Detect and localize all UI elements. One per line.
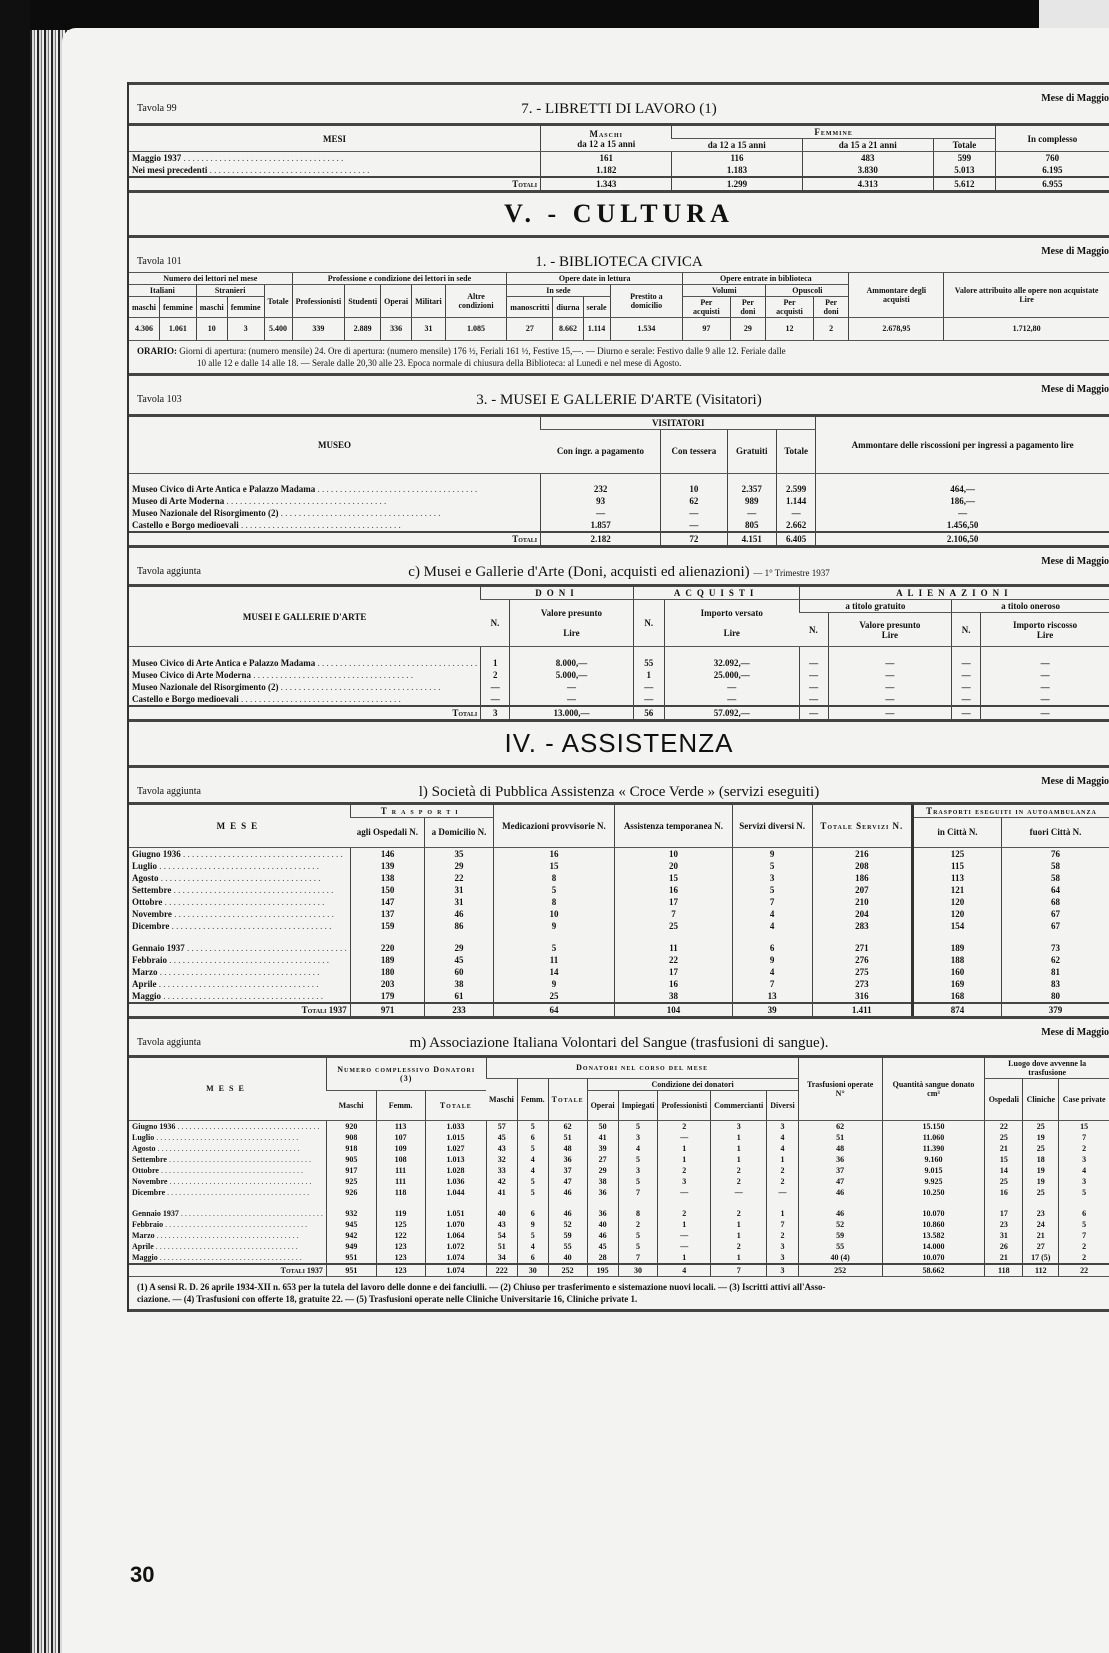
table-cell xyxy=(326,1198,376,1208)
table-cell xyxy=(486,1198,517,1208)
table-cell: 118 xyxy=(376,1187,425,1198)
table-cell: Luglio xyxy=(129,1132,326,1143)
table-cell: 11.390 xyxy=(882,1143,985,1154)
table-cell: 58.662 xyxy=(882,1264,985,1276)
table-cell: — xyxy=(828,669,951,681)
table-cell: 4 xyxy=(732,908,812,920)
table-cell: 138 xyxy=(350,872,425,884)
table-cell xyxy=(548,1198,587,1208)
table-cell xyxy=(618,1198,658,1208)
table-cell: 93 xyxy=(541,495,661,507)
table-cell: Agosto xyxy=(129,872,350,884)
table-cell: 9.925 xyxy=(882,1176,985,1187)
table-cell: 9.160 xyxy=(882,1154,985,1165)
table-cell: — xyxy=(952,681,981,693)
column-header: Operai xyxy=(587,1090,618,1120)
table-cell: 10.070 xyxy=(882,1252,985,1264)
column-header: MUSEI E GALLERIE D'ARTE xyxy=(129,587,481,647)
table-cell: 10 xyxy=(196,318,227,340)
table-cell: 5.000,— xyxy=(510,669,633,681)
table-cell: 17 (5) xyxy=(1023,1252,1059,1264)
table-cell: 1.033 xyxy=(425,1120,486,1132)
table-cell: 920 xyxy=(326,1120,376,1132)
table-cell: 16 xyxy=(493,847,615,860)
table-cell: 918 xyxy=(326,1143,376,1154)
table-cell: 1 xyxy=(711,1252,767,1264)
table-cell: 4 xyxy=(517,1241,548,1252)
table-cell: 42 xyxy=(486,1176,517,1187)
table-cell: Gennaio 1937 xyxy=(129,1208,326,1219)
table-cell: 203 xyxy=(350,978,425,990)
table-cell: — xyxy=(981,657,1109,669)
table-cell: 7 xyxy=(1059,1132,1109,1143)
column-header: Condizione dei donatori xyxy=(587,1078,798,1090)
footnotes: (1) A sensi R. D. 26 aprile 1934-XII n. … xyxy=(129,1277,1109,1309)
table-cell: 2.889 xyxy=(345,318,381,340)
table-row: Gennaio 193722029511627118973 xyxy=(129,942,1109,954)
table-cell: 905 xyxy=(326,1154,376,1165)
column-header: Ospedali xyxy=(985,1078,1023,1120)
table-cell: 22 xyxy=(1059,1264,1109,1276)
table-row: Giugno 1936146351610921612576 xyxy=(129,847,1109,860)
table-cell: — xyxy=(661,519,727,532)
table-cell: 30 xyxy=(618,1264,658,1276)
column-header: Case private xyxy=(1059,1078,1109,1120)
table-cell: 2.599 xyxy=(776,483,815,495)
table-cell: 1 xyxy=(711,1154,767,1165)
table-cell xyxy=(1023,1198,1059,1208)
table-cell: 28 xyxy=(587,1252,618,1264)
table-cell: 13.000,— xyxy=(510,706,633,719)
table-row: Castello e Borgo medioevali1.857—8052.66… xyxy=(129,519,1109,532)
table-cell: Totali xyxy=(129,532,541,545)
table-cell: 4 xyxy=(658,1264,711,1276)
table-cell: 123 xyxy=(376,1252,425,1264)
table-cell: 252 xyxy=(798,1264,882,1276)
column-header: Totale xyxy=(264,285,292,318)
table-cell: — xyxy=(828,657,951,669)
total-row: Totali2.182724.1516.4052.106,50 xyxy=(129,532,1109,545)
col-f-12-15: da 12 a 15 anni xyxy=(672,139,802,152)
col-complesso: In complesso xyxy=(995,126,1109,152)
table-cell: 926 xyxy=(326,1187,376,1198)
table-cell: 29 xyxy=(425,942,493,954)
table-cell xyxy=(952,647,981,657)
table-cell: 121 xyxy=(912,884,1001,896)
table-cell: 59 xyxy=(548,1230,587,1241)
table-cell: Agosto xyxy=(129,1143,326,1154)
table-cell: 2 xyxy=(658,1208,711,1219)
table-cell: 805 xyxy=(727,519,776,532)
table-cell: 2.662 xyxy=(776,519,815,532)
table-row: Museo Nazionale del Risorgimento (2)————… xyxy=(129,507,1109,519)
column-header: Femm. xyxy=(376,1090,425,1120)
column-header: in Città N. xyxy=(912,817,1001,847)
table-row: Settembre9051081.01332436275111369.16015… xyxy=(129,1154,1109,1165)
table-cell: 208 xyxy=(812,860,912,872)
table-cell: 46 xyxy=(798,1208,882,1219)
table-cell xyxy=(425,1198,486,1208)
table-cell: 118 xyxy=(985,1264,1023,1276)
column-header: Ammontare degli acquisti xyxy=(849,273,944,318)
table-cell: Totali 1937 xyxy=(129,1003,350,1016)
table-cell: Maggio xyxy=(129,990,350,1003)
column-header: Per acquisti xyxy=(683,297,730,318)
table-cell: — xyxy=(981,706,1109,719)
table-cell: — xyxy=(799,669,828,681)
table-cell: 20 xyxy=(615,860,732,872)
table-cell: 1.015 xyxy=(425,1132,486,1143)
table-cell: 5 xyxy=(517,1230,548,1241)
table-cell: 220 xyxy=(350,942,425,954)
table-cell: Castello e Borgo medioevali xyxy=(129,519,541,532)
table-cell: 107 xyxy=(376,1132,425,1143)
table-row: Museo Nazionale del Risorgimento (2)————… xyxy=(129,681,1109,693)
table-cell: 48 xyxy=(798,1143,882,1154)
table-cell xyxy=(981,647,1109,657)
table-cell: Aprile xyxy=(129,978,350,990)
section-title: c) Musei e Gallerie d'Arte (Doni, acquis… xyxy=(129,564,1109,581)
table-cell: 62 xyxy=(661,495,727,507)
month-label: Mese di Maggio xyxy=(1041,93,1109,104)
table-row: Giugno 19369201131.033575625052336215.15… xyxy=(129,1120,1109,1132)
column-header: Importo riscossoLire xyxy=(981,613,1109,647)
table-cell: 34 xyxy=(486,1252,517,1264)
table-cell: 180 xyxy=(350,966,425,978)
column-header: serale xyxy=(583,297,610,318)
table-cell: 204 xyxy=(812,908,912,920)
table-cell: 73 xyxy=(1001,942,1109,954)
table-cell: 25 xyxy=(1023,1120,1059,1132)
table-cell: 232 xyxy=(541,483,661,495)
table-cell: 1.299 xyxy=(672,177,802,190)
table-cell: 932 xyxy=(326,1208,376,1219)
table-cell: 4 xyxy=(732,966,812,978)
table-cell: 8 xyxy=(618,1208,658,1219)
table-cell: Totali xyxy=(129,706,481,719)
table-cell: 25 xyxy=(615,920,732,932)
table-cell: 36 xyxy=(548,1154,587,1165)
table-cell: 1.061 xyxy=(160,318,197,340)
table-cell: 29 xyxy=(587,1165,618,1176)
table-cell: 54 xyxy=(486,1230,517,1241)
table-cell xyxy=(129,1198,326,1208)
table-cell: 2 xyxy=(658,1120,711,1132)
section-biblioteca-civica: Tavola 101 1. - BIBLIOTECA CIVICA Mese d… xyxy=(129,238,1109,376)
column-header: maschi xyxy=(196,297,227,318)
table-cell: 26 xyxy=(985,1241,1023,1252)
table-cell: 52 xyxy=(798,1219,882,1230)
table-cell: 925 xyxy=(326,1176,376,1187)
table-cell: 5 xyxy=(618,1176,658,1187)
table-cell: 109 xyxy=(376,1143,425,1154)
table-row: Agosto9181091.027435483941144811.3902125… xyxy=(129,1143,1109,1154)
table-cell xyxy=(587,1198,618,1208)
chapter-title-assistenza: IV. - ASSISTENZA xyxy=(129,722,1109,765)
table-cell: 38 xyxy=(615,990,732,1003)
column-header: agli Ospedali N. xyxy=(350,817,425,847)
table-cell: 15 xyxy=(615,872,732,884)
table-cell: Nei mesi precedenti xyxy=(129,164,541,177)
table-cell: 97 xyxy=(683,318,730,340)
table-row: Agosto13822815318611358 xyxy=(129,872,1109,884)
table-cell: 2.357 xyxy=(727,483,776,495)
table-cell: 276 xyxy=(812,954,912,966)
table-cell: 60 xyxy=(425,966,493,978)
table-cell: 1.456,50 xyxy=(816,519,1109,532)
table-cell: 150 xyxy=(350,884,425,896)
table-cell: 25 xyxy=(985,1176,1023,1187)
table-cell: 2.678,95 xyxy=(849,318,944,340)
table-cell: 25 xyxy=(985,1132,1023,1143)
table-cell: 137 xyxy=(350,908,425,920)
table-cell: 125 xyxy=(376,1219,425,1230)
table-cell: 1.051 xyxy=(425,1208,486,1219)
column-header: Ammontare delle riscossioni per ingressi… xyxy=(816,417,1109,474)
table-cell: 464,— xyxy=(816,483,1109,495)
table-cell: 1.028 xyxy=(425,1165,486,1176)
column-header: Professionisti xyxy=(658,1090,711,1120)
orario-note: ORARIO: Giorni di apertura: (numero mens… xyxy=(129,341,1109,373)
col-femmine: Femmine xyxy=(672,126,995,139)
col-f-15-21: da 15 a 21 anni xyxy=(802,139,933,152)
table-row: Aprile20338916727316983 xyxy=(129,978,1109,990)
table-cell: 17 xyxy=(615,896,732,908)
table-cell: 1 xyxy=(711,1143,767,1154)
table-cell: Settembre xyxy=(129,1154,326,1165)
column-header: Quantità sangue donato cm³ xyxy=(882,1058,985,1121)
table-cell: 222 xyxy=(486,1264,517,1276)
column-header: VISITATORI xyxy=(541,417,816,430)
column-header: MUSEO xyxy=(129,417,541,474)
table-cell xyxy=(812,932,912,942)
column-header: Valore presuntoLire xyxy=(828,613,951,647)
table-cell: — xyxy=(727,507,776,519)
table-cell: 22 xyxy=(615,954,732,966)
musei-visitatori-table: MUSEO VISITATORI Ammontare delle riscoss… xyxy=(129,417,1109,546)
table-cell: 3 xyxy=(1059,1154,1109,1165)
table-cell: 38 xyxy=(587,1176,618,1187)
table-cell: 3 xyxy=(1059,1176,1109,1187)
table-cell: 4 xyxy=(1059,1165,1109,1176)
column-header: N. xyxy=(952,613,981,647)
table-cell: 17 xyxy=(985,1208,1023,1219)
table-cell: Totali xyxy=(129,177,541,190)
column-header: MESE xyxy=(129,1058,326,1121)
table-cell: 971 xyxy=(350,1003,425,1016)
table-cell: 16 xyxy=(615,884,732,896)
column-header: ACQUISTI xyxy=(633,587,799,600)
table-cell: — xyxy=(633,681,664,693)
column-header: Trasporti xyxy=(350,805,493,818)
column-header: Totale xyxy=(425,1090,486,1120)
table-cell: 989 xyxy=(727,495,776,507)
table-cell: 25 xyxy=(1023,1187,1059,1198)
table-cell: 12 xyxy=(766,318,813,340)
table-cell: 3 xyxy=(767,1241,798,1252)
table-cell: 189 xyxy=(912,942,1001,954)
table-cell: 36 xyxy=(798,1154,882,1165)
table-cell: — xyxy=(981,681,1109,693)
table-cell: 62 xyxy=(798,1120,882,1132)
column-header: Valore presuntoLire xyxy=(510,600,633,647)
table-cell xyxy=(816,473,1109,483)
section-musei-doni-acquisti: Tavola aggiunta c) Musei e Gallerie d'Ar… xyxy=(129,548,1109,722)
table-cell: Ottobre xyxy=(129,1165,326,1176)
table-cell: 1.070 xyxy=(425,1219,486,1230)
table-cell xyxy=(615,932,732,942)
table-cell: 10 xyxy=(661,483,727,495)
table-cell: 11.060 xyxy=(882,1132,985,1143)
table-cell: Marzo xyxy=(129,966,350,978)
section-musei-visitatori: Tavola 103 3. - MUSEI E GALLERIE D'ARTE … xyxy=(129,376,1109,549)
table-cell: 62 xyxy=(548,1120,587,1132)
column-header: MESE xyxy=(129,805,350,848)
table-cell: 483 xyxy=(802,152,933,165)
table-cell: 917 xyxy=(326,1165,376,1176)
table-row: Museo Civico di Arte Antica e Palazzo Ma… xyxy=(129,657,1109,669)
table-row: Museo Civico di Arte Antica e Palazzo Ma… xyxy=(129,483,1109,495)
table-cell: 5 xyxy=(618,1230,658,1241)
column-header: Studenti xyxy=(345,285,381,318)
table-cell: 1 xyxy=(658,1252,711,1264)
table-row: Gennaio 19379321191.051406463682214610.0… xyxy=(129,1208,1109,1219)
table-cell: 3 xyxy=(767,1120,798,1132)
table-cell: 146 xyxy=(350,847,425,860)
table-cell: 67 xyxy=(1001,908,1109,920)
table-cell: 195 xyxy=(587,1264,618,1276)
table-cell: 59 xyxy=(798,1230,882,1241)
month-label: Mese di Maggio xyxy=(1041,384,1109,395)
table-cell: Museo Civico di Arte Antica e Palazzo Ma… xyxy=(129,657,481,669)
musei-doni-table: MUSEI E GALLERIE D'ARTE DONI ACQUISTI AL… xyxy=(129,587,1109,719)
table-cell: 27 xyxy=(587,1154,618,1165)
table-row: Febbraio9451251.070439524021175210.86023… xyxy=(129,1219,1109,1230)
table-row: Dicembre15986925428315467 xyxy=(129,920,1109,932)
table-cell: — xyxy=(658,1187,711,1198)
table-cell: 31 xyxy=(412,318,446,340)
table-cell: 1.114 xyxy=(583,318,610,340)
column-header: femmine xyxy=(227,297,264,318)
table-cell: — xyxy=(952,657,981,669)
table-cell: Castello e Borgo medioevali xyxy=(129,693,481,706)
table-cell: 32 xyxy=(486,1154,517,1165)
table-cell: 23 xyxy=(985,1219,1023,1230)
table-cell: 10.860 xyxy=(882,1219,985,1230)
table-cell: 38 xyxy=(425,978,493,990)
table-cell: 18 xyxy=(1023,1154,1059,1165)
scan-corner xyxy=(1039,0,1109,30)
table-cell: 942 xyxy=(326,1230,376,1241)
table-cell: 159 xyxy=(350,920,425,932)
table-cell: 1 xyxy=(711,1219,767,1230)
table-cell: 64 xyxy=(493,1003,615,1016)
table-cell: 13.582 xyxy=(882,1230,985,1241)
table-cell: 1 xyxy=(711,1132,767,1143)
table-cell: 3 xyxy=(481,706,510,719)
table-cell: 45 xyxy=(587,1241,618,1252)
croce-verde-table: MESE Trasporti Medicazioni provvisorie N… xyxy=(129,805,1109,1016)
table-cell: — xyxy=(658,1132,711,1143)
table-cell: 119 xyxy=(376,1208,425,1219)
table-cell: 31 xyxy=(425,896,493,908)
table-cell xyxy=(828,647,951,657)
table-cell: 5 xyxy=(618,1241,658,1252)
table-cell: 39 xyxy=(587,1143,618,1154)
table-cell: 207 xyxy=(812,884,912,896)
table-row: Nei mesi precedenti 1.1821.1833.8305.013… xyxy=(129,164,1109,177)
table-cell xyxy=(541,473,661,483)
column-header: Assistenza temporanea N. xyxy=(615,805,732,848)
table-cell: 123 xyxy=(376,1264,425,1276)
table-cell xyxy=(129,473,541,483)
table-cell: — xyxy=(541,507,661,519)
column-header: DONI xyxy=(481,587,633,600)
table-cell: 6.195 xyxy=(995,164,1109,177)
table-cell: 120 xyxy=(912,908,1001,920)
column-header: N. xyxy=(633,600,664,647)
column-header: Luogo dove avvenne la trasfusione xyxy=(985,1058,1109,1079)
table-cell xyxy=(425,932,493,942)
table-cell: 16 xyxy=(615,978,732,990)
column-header: Totale xyxy=(548,1078,587,1120)
table-cell: 4.306 xyxy=(129,318,160,340)
table-cell: 4.313 xyxy=(802,177,933,190)
table-cell: 22 xyxy=(425,872,493,884)
table-cell xyxy=(776,473,815,483)
table-cell: 46 xyxy=(548,1187,587,1198)
table-cell: 1.044 xyxy=(425,1187,486,1198)
table-cell: 9.015 xyxy=(882,1165,985,1176)
col-totale: Totale xyxy=(933,139,995,152)
table-cell xyxy=(767,1198,798,1208)
table-cell: — xyxy=(981,669,1109,681)
table-cell: 25 xyxy=(493,990,615,1003)
table-cell: 51 xyxy=(798,1132,882,1143)
table-cell: 5 xyxy=(1059,1187,1109,1198)
column-header: Maschi xyxy=(326,1090,376,1120)
table-cell: 186,— xyxy=(816,495,1109,507)
table-cell xyxy=(798,1198,882,1208)
table-cell: 5 xyxy=(517,1143,548,1154)
table-cell: 2 xyxy=(711,1165,767,1176)
table-cell: 5.612 xyxy=(933,177,995,190)
table-cell: 1 xyxy=(767,1208,798,1219)
table-cell: 37 xyxy=(548,1165,587,1176)
table-cell: 186 xyxy=(812,872,912,884)
table-row: Maggio1796125381331616880 xyxy=(129,990,1109,1003)
table-cell: 951 xyxy=(326,1264,376,1276)
table-cell: 4.151 xyxy=(727,532,776,545)
column-header: Italiani xyxy=(129,285,196,297)
table-cell: 116 xyxy=(672,152,802,165)
table-row: Ottobre9171111.02833437293222379.0151419… xyxy=(129,1165,1109,1176)
table-cell: 147 xyxy=(350,896,425,908)
total-row: Totali 193797123364104391.411874379 xyxy=(129,1003,1109,1016)
table-cell: 13 xyxy=(732,990,812,1003)
table-cell: 46 xyxy=(548,1208,587,1219)
table-cell: 40 xyxy=(587,1219,618,1230)
column-header: ALIENAZIONI xyxy=(799,587,1109,600)
table-cell: 56 xyxy=(633,706,664,719)
table-cell: 9 xyxy=(517,1219,548,1230)
table-cell: 10.250 xyxy=(882,1187,985,1198)
table-row: Settembre15031516520712164 xyxy=(129,884,1109,896)
table-cell: 57 xyxy=(486,1120,517,1132)
section-title: 1. - BIBLIOTECA CIVICA xyxy=(129,254,1109,271)
table-cell xyxy=(732,932,812,942)
table-cell: 8 xyxy=(493,896,615,908)
